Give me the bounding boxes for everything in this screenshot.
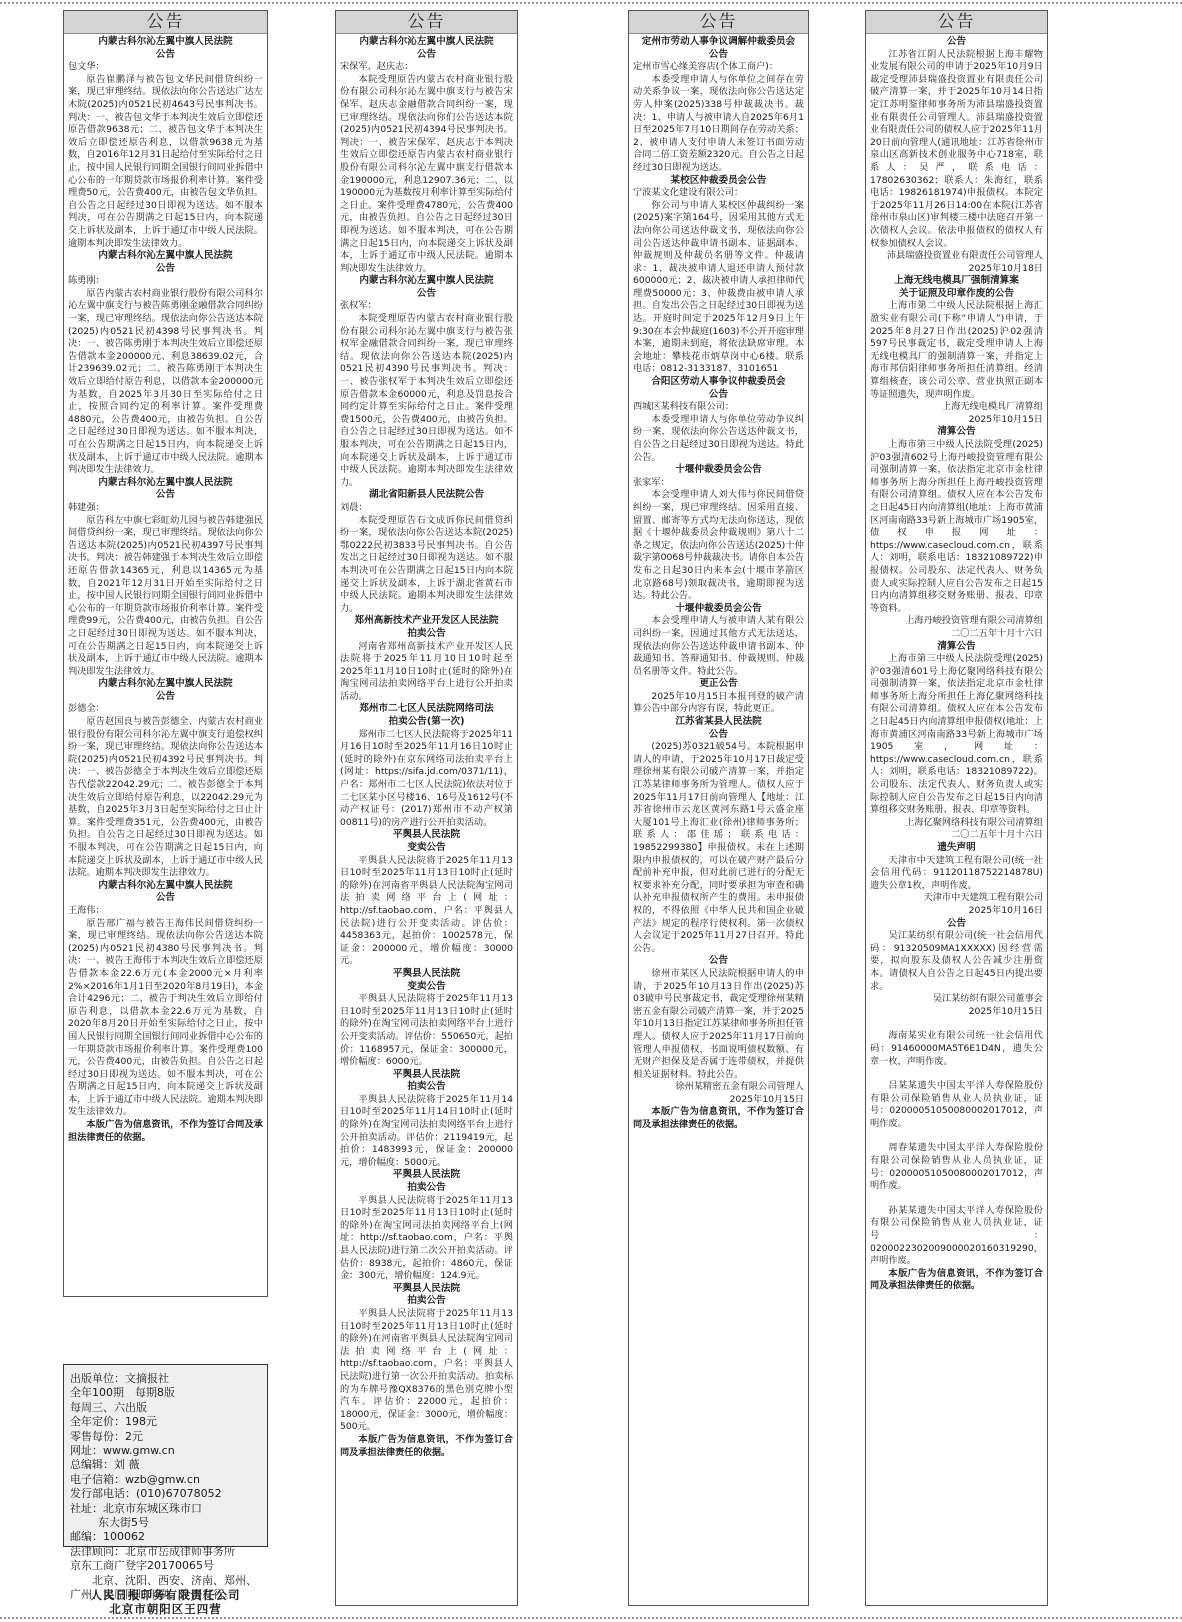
notice-body: 上海市第二中级人民法院根据上海汇盈实业有限公司(下称“申请人”)申请，于2025… xyxy=(870,300,1043,401)
notice-body: 本院受理原告石文成诉你民间借贷纠纷一案，现依法向你公告送达本院(2025)鄂02… xyxy=(340,515,513,616)
notice-body: 原告邢广福与被告王海伟民间借贷纠纷一案，现已审理终结。现依法向你公告送达本院(2… xyxy=(68,918,263,1120)
column-header: 公告 xyxy=(64,11,267,34)
loss-notice: 周春某遗失中国太平洋人寿保险股份有限公司保险销售从业人员执业证，证号：02000… xyxy=(870,1142,1043,1192)
notice-subtitle: 清算公告 xyxy=(870,641,1043,654)
notice-salutation: 包文华： xyxy=(68,61,263,74)
notice-title: 内蒙古科尔沁左翼中旗人民法院 xyxy=(68,250,263,263)
notice-body: 天津市中天建筑工程有限公司(统一社会信用代码：91120118752214878… xyxy=(870,855,1043,893)
notice-block: 平舆县人民法院 拍卖公告 平舆县人民法院将于2025年11月14日10时至202… xyxy=(340,1069,513,1170)
signature-date: 二〇二五年十月十六日 xyxy=(870,628,1043,641)
masthead-info-box: 出版单位：文摘报社 全年100期 每期8版 每周三、六出版 全年定价：198元 … xyxy=(63,1364,268,1547)
notice-body: 吴江某纺织有限公司(统一社会信用代码：91320509MA1XXXXX)因经营需… xyxy=(870,930,1043,993)
notice-block: 湖北省阳新县人民法院公告 刘晨： 本院受理原告石文成诉你民间借贷纠纷一案，现依法… xyxy=(340,489,513,615)
column-header: 公告 xyxy=(629,11,808,34)
printer-name: 人民日报印务有限责任公司 xyxy=(63,1588,268,1602)
notice-column-3: 公告 定州市劳动人事争议调解仲裁委员会 公告 定州市雪心缘美容店(个体工商户)：… xyxy=(628,10,809,1606)
disclaimer: 本版广告为信息资讯，不作为签订合同及承担法律责任的依据。 xyxy=(870,1268,1043,1293)
signature: 徐州某精密五金有限公司管理人 xyxy=(633,1081,804,1094)
notice-body: 原告内蒙古农村商业银行股份有限公司科尔沁左翼中旗支行与被告陈勇刚金融借款合同纠纷… xyxy=(68,288,263,477)
notice-block: 平舆县人民法院 变卖公告 平舆县人民法院将于2025年11月13日10时至202… xyxy=(340,968,513,1069)
notice-body: 江苏省江阴人民法院根据上海丰耀物业发展有限公司的申请于2025年10月9日裁定受… xyxy=(870,49,1043,251)
notice-title: 内蒙古科尔沁左翼中旗人民法院 xyxy=(340,275,513,288)
notice-title: 定州市劳动人事争议调解仲裁委员会 xyxy=(633,36,804,49)
notice-salutation: 张家军： xyxy=(633,477,804,490)
spacer xyxy=(870,1068,1043,1080)
signature-date: 2025年10月18日 xyxy=(870,263,1043,276)
notice-block: 定州市劳动人事争议调解仲裁委员会 公告 定州市雪心缘美容店(个体工商户)： 本委… xyxy=(633,36,804,175)
notice-subtitle: 公告 xyxy=(633,389,804,402)
loss-notice: 孙某某遗失中国太平洋人寿保险股份有限公司保险销售从业人员执业证，证号：02000… xyxy=(870,1205,1043,1268)
loss-notice: 海南某实业有限公司统一社会信用代码：91460000MA5T6E1D4N，遗失公… xyxy=(870,1030,1043,1068)
notice-block: 内蒙古科尔沁左翼中旗人民法院 公告 韩建强： 原告科左中旗七彩虹幼儿园与被告韩建… xyxy=(68,477,263,679)
column-header: 公告 xyxy=(866,11,1047,34)
notice-title: 郑州高新技术产业开发区人民法院 xyxy=(340,615,513,628)
notice-title: 十堰仲裁委员会公告 xyxy=(633,603,804,616)
retail-price: 零售每份：2元 xyxy=(70,1430,261,1444)
notice-subtitle: 拍卖公告(第一次) xyxy=(340,716,513,729)
notice-block: 平舆县人民法院 变卖公告 平舆县人民法院将于2025年11月13日10时至202… xyxy=(340,829,513,968)
notice-subtitle: 公告 xyxy=(68,691,263,704)
notice-block: 公告 徐州市某区人民法院根据申请人的申请，于2025年10月13日作出(2025… xyxy=(633,955,804,1081)
notice-subtitle: 拍卖公告 xyxy=(340,1081,513,1094)
notice-title: 平舆县人民法院 xyxy=(340,1069,513,1082)
notice-block: 清算公告 上海市第三中级人民法院受理(2025)沪03强清602号上海丹峻投资管… xyxy=(870,426,1043,640)
signature-date: 2025年10月16日 xyxy=(870,905,1043,918)
bottom-dotted-rule xyxy=(0,1617,1182,1619)
loss-notice: 吕某某遗失中国太平洋人寿保险股份有限公司保险销售从业人员执业证，证号：02000… xyxy=(870,1080,1043,1130)
notice-title: 某校区仲裁委员会公告 xyxy=(633,175,804,188)
notice-block: 内蒙古科尔沁左翼中旗人民法院 公告 包文华： 原告崔鹏泽与被告包文华民间借贷纠纷… xyxy=(68,36,263,250)
issues-per-year: 全年100期 每期8版 xyxy=(70,1386,261,1400)
notice-title: 平舆县人民法院 xyxy=(340,829,513,842)
notice-block: 内蒙古科尔沁左翼中旗人民法院 公告 张权军： 本院受理原告内蒙古农村商业银行股份… xyxy=(340,275,513,489)
signature: 天津市中天建筑工程有限公司 xyxy=(870,892,1043,905)
column-body: 定州市劳动人事争议调解仲裁委员会 公告 定州市雪心缘美容店(个体工商户)： 本委… xyxy=(629,34,808,1134)
notice-salutation: 宋保军、赵庆志： xyxy=(340,61,513,74)
address-line-2: 东大街5号 xyxy=(70,1516,261,1530)
notice-block: 郑州市二七区人民法院网络司法 拍卖公告(第一次) 郑州市二七区人民法院将于202… xyxy=(340,703,513,829)
notice-title: 内蒙古科尔沁左翼中旗人民法院 xyxy=(68,678,263,691)
notice-subtitle: 公告 xyxy=(633,729,804,742)
notice-body: 本委受理申请人与你单位劳动争议纠纷一案，现依法向你公告送达仲裁文书，自公告之日起… xyxy=(633,414,804,464)
notice-subtitle: 公告 xyxy=(68,489,263,502)
notice-block: 十堰仲裁委员会公告 张家军： 本会受理申请人刘大伟与你民间借贷纠纷一案，现已审理… xyxy=(633,464,804,603)
notice-block: 上海无线电模具厂强制清算案 关于证照及印章作废的公告 上海市第二中级人民法院根据… xyxy=(870,275,1043,426)
notice-title: 遗失声明 xyxy=(870,842,1043,855)
top-dotted-rule xyxy=(0,2,1182,4)
disclaimer: 本版广告为信息资讯，不作为签订合同及承担法律责任的依据。 xyxy=(633,1106,804,1131)
annual-price: 全年定价：198元 xyxy=(70,1415,261,1429)
notice-subtitle: 公告 xyxy=(68,263,263,276)
address-line-1: 社址：北京市东城区珠市口 xyxy=(70,1502,261,1516)
signature: 吴江某纺织有限公司董事会 xyxy=(870,993,1043,1006)
notice-block: 内蒙古科尔沁左翼中旗人民法院 公告 彭德全： 原告赵国良与被告彭德全、内蒙古农村… xyxy=(68,678,263,880)
notice-title: 江苏省某县人民法院 xyxy=(633,716,804,729)
notice-subtitle: 公告 xyxy=(633,49,804,62)
signature: 上海无线电模具厂清算组 xyxy=(870,401,1043,414)
column-header: 公告 xyxy=(336,11,517,34)
notice-body: 河南省郑州高新技术产业开发区人民法院将于2025年11月10日10时起至2025… xyxy=(340,641,513,704)
notice-block: 某校区仲裁委员会公告 宁波某文化建设有限公司： 你公司与申请人某校区仲裁纠纷一案… xyxy=(633,175,804,377)
notice-body: 你公司与申请人某校区仲裁纠纷一案(2025)案字第164号，因采用其他方式无法向… xyxy=(633,200,804,376)
disclaimer: 本版广告为信息资讯，不作为签订合同及承担法律责任的依据。 xyxy=(340,1434,513,1459)
signature-date: 2025年10月15日 xyxy=(633,1094,804,1107)
notice-salutation: 王海伟： xyxy=(68,905,263,918)
notice-title: 湖北省阳新县人民法院公告 xyxy=(340,489,513,502)
signature: 沛县瑞盛投资置业有限责任公司管理人 xyxy=(870,250,1043,263)
notice-salutation: 韩建强： xyxy=(68,502,263,515)
column-body: 内蒙古科尔沁左翼中旗人民法院 公告 包文华： 原告崔鹏泽与被告包文华民间借贷纠纷… xyxy=(64,34,267,1146)
signature-date: 2025年10月15日 xyxy=(870,1006,1043,1019)
signature-date: 二〇二五年十月十六日 xyxy=(870,829,1043,842)
notice-body: 本院受理原告内蒙古农村商业银行股份有限公司科尔沁左翼中旗支行与被告宋保军、赵庆志… xyxy=(340,74,513,276)
notice-title: 平舆县人民法院 xyxy=(340,968,513,981)
notice-body: 本院受理原告内蒙古农村商业银行股份有限公司科尔沁左翼中旗支行与被告张权军金融借款… xyxy=(340,313,513,489)
notice-title: 内蒙古科尔沁左翼中旗人民法院 xyxy=(68,477,263,490)
notice-column-4: 公告 公告 江苏省江阴人民法院根据上海丰耀物业发展有限公司的申请于2025年10… xyxy=(865,10,1048,1606)
ad-license: 京东工商广登字20170065号 xyxy=(70,1559,261,1573)
notice-block: 公告 江苏省江阴人民法院根据上海丰耀物业发展有限公司的申请于2025年10月9日… xyxy=(870,36,1043,275)
notice-block: 公告 吴江某纺织有限公司(统一社会信用代码：91320509MA1XXXXX)因… xyxy=(870,918,1043,1019)
publisher: 出版单位：文摘报社 xyxy=(70,1372,261,1386)
notice-block: 平舆县人民法院 拍卖公告 平舆县人民法院将于2025年11月13日10时至202… xyxy=(340,1169,513,1282)
notice-title: 合阳区劳动人事争议仲裁委员会 xyxy=(633,376,804,389)
notice-block: 江苏省某县人民法院 公告 (2025)苏0321破54号。本院根据申请人的申请，… xyxy=(633,716,804,955)
legal-counsel: 法律顾问：北京市岳成律师事务所 xyxy=(70,1545,261,1559)
signature: 上海丹峻投资管理有限公司清算组 xyxy=(870,615,1043,628)
notice-body: 平舆县人民法院将于2025年11月14日10时至2025年11月14日10时止(… xyxy=(340,1094,513,1170)
email: 电子信箱：wzb@gmw.cn xyxy=(70,1473,261,1487)
notice-title: 内蒙古科尔沁左翼中旗人民法院 xyxy=(340,36,513,49)
notice-salutation: 定州市雪心缘美容店(个体工商户)： xyxy=(633,61,804,74)
notice-subtitle: 变卖公告 xyxy=(340,842,513,855)
notice-column-1: 公告 内蒙古科尔沁左翼中旗人民法院 公告 包文华： 原告崔鹏泽与被告包文华民间借… xyxy=(63,10,268,1297)
notice-title: 十堰仲裁委员会公告 xyxy=(633,464,804,477)
notice-salutation: 宁波某文化建设有限公司： xyxy=(633,187,804,200)
notice-subtitle: 公告 xyxy=(870,36,1043,49)
printer-info: 人民日报印务有限责任公司 北京市朝阳区王四营 xyxy=(63,1588,268,1616)
spacer xyxy=(870,1193,1043,1205)
notice-body: (2025)苏0321破54号。本院根据申请人的申请，于2025年10月17日裁… xyxy=(633,741,804,955)
notice-block: 内蒙古科尔沁左翼中旗人民法院 公告 王海伟： 原告邢广福与被告王海伟民间借贷纠纷… xyxy=(68,880,263,1119)
notice-title: 公告 xyxy=(633,955,804,968)
notice-title: 上海无线电模具厂强制清算案 xyxy=(870,275,1043,288)
notice-title: 内蒙古科尔沁左翼中旗人民法院 xyxy=(68,36,263,49)
notice-title: 更正公告 xyxy=(633,678,804,691)
notice-salutation: 彭德全： xyxy=(68,703,263,716)
signature-date: 2025年10月15日 xyxy=(870,414,1043,427)
spacer xyxy=(870,1130,1043,1142)
notice-body: 平舆县人民法院将于2025年11月13日10时至2025年11月13日10时止(… xyxy=(340,855,513,968)
notice-body: 郑州市二七区人民法院将于2025年11月16日10时至2025年11月16日10… xyxy=(340,729,513,830)
notice-salutation: 西城区某科技有限公司： xyxy=(633,401,804,414)
publication-schedule: 每周三、六出版 xyxy=(70,1401,261,1415)
notice-body: 本委受理申请人与你单位之间存在劳动关系争议一案，现依法向你公告送达定劳人仲案(2… xyxy=(633,74,804,175)
notice-subtitle: 关于证照及印章作废的公告 xyxy=(870,288,1043,301)
notice-subtitle: 变卖公告 xyxy=(340,981,513,994)
notice-block: 郑州高新技术产业开发区人民法院 拍卖公告 河南省郑州高新技术产业开发区人民法院将… xyxy=(340,615,513,703)
notice-body: 平舆县人民法院将于2025年11月13日10时至2025年11月13日10时止(… xyxy=(340,993,513,1069)
notice-salutation: 陈勇刚： xyxy=(68,275,263,288)
notice-body: 上海市第三中级人民法院受理(2025)沪03强清602号上海丹峻投资管理有限公司… xyxy=(870,439,1043,615)
notice-body: 本会受理申请人刘大伟与你民间借贷纠纷一案，现已审理终结。因采用直接、留置、邮寄等… xyxy=(633,489,804,602)
notice-block: 遗失声明 天津市中天建筑工程有限公司(统一社会信用代码：911201187522… xyxy=(870,842,1043,918)
notice-body: 徐州市某区人民法院根据申请人的申请，于2025年10月13日作出(2025)苏0… xyxy=(633,968,804,1081)
notice-block: 内蒙古科尔沁左翼中旗人民法院 公告 陈勇刚： 原告内蒙古农村商业银行股份有限公司… xyxy=(68,250,263,477)
notice-block: 更正公告 2025年10月15日本报刊登的破产清算公告中部分内容有误，特此更正。 xyxy=(633,678,804,716)
spacer xyxy=(870,1018,1043,1030)
notice-subtitle: 清算公告 xyxy=(870,426,1043,439)
notice-subtitle: 拍卖公告 xyxy=(340,628,513,641)
notice-salutation: 张权军： xyxy=(340,300,513,313)
notice-block: 内蒙古科尔沁左翼中旗人民法院 公告 宋保军、赵庆志： 本院受理原告内蒙古农村商业… xyxy=(340,36,513,275)
notice-column-2: 公告 内蒙古科尔沁左翼中旗人民法院 公告 宋保军、赵庆志： 本院受理原告内蒙古农… xyxy=(335,10,518,1606)
notice-subtitle: 拍卖公告 xyxy=(340,1295,513,1308)
printer-address: 北京市朝阳区王四营 xyxy=(63,1602,268,1616)
website: 网址：www.gmw.cn xyxy=(70,1444,261,1458)
notice-block: 十堰仲裁委员会公告 本会受理申请人与被申请人某有限公司纠纷一案，因通过其他方式无… xyxy=(633,603,804,679)
notice-subtitle: 公告 xyxy=(68,892,263,905)
notice-title: 平舆县人民法院 xyxy=(340,1169,513,1182)
notice-body: 平舆县人民法院将于2025年11月13日10时至2025年11月13日10时止(… xyxy=(340,1195,513,1283)
notice-body: 2025年10月15日本报刊登的破产清算公告中部分内容有误，特此更正。 xyxy=(633,691,804,716)
notice-subtitle: 公告 xyxy=(870,918,1043,931)
signature: 上海亿聚网络科技有限公司清算组 xyxy=(870,817,1043,830)
notice-block: 合阳区劳动人事争议仲裁委员会 公告 西城区某科技有限公司： 本委受理申请人与你单… xyxy=(633,376,804,464)
notice-body: 原告科左中旗七彩虹幼儿园与被告韩建强民间借贷纠纷一案，现已审理终结。现依法向你公… xyxy=(68,515,263,679)
notice-body: 平舆县人民法院将于2025年11月13日10时至2025年11月13日10时止(… xyxy=(340,1308,513,1434)
notice-block: 平舆县人民法院 拍卖公告 平舆县人民法院将于2025年11月13日10时至202… xyxy=(340,1283,513,1434)
disclaimer: 本版广告为信息资讯，不作为签订合同及承担法律责任的依据。 xyxy=(68,1119,263,1144)
notice-salutation: 刘晨： xyxy=(340,502,513,515)
notice-subtitle: 公告 xyxy=(340,49,513,62)
editor-in-chief: 总编辑：刘 薇 xyxy=(70,1458,261,1472)
notice-body: 本会受理申请人与被申请人某有限公司纠纷一案，因通过其他方式无法送达，现依法向你公… xyxy=(633,615,804,678)
notice-title: 平舆县人民法院 xyxy=(340,1283,513,1296)
notice-body: 上海市第三中级人民法院受理(2025)沪03强清601号上海亿聚网络科技有限公司… xyxy=(870,653,1043,817)
phone: 发行部电话：(010)67078052 xyxy=(70,1487,261,1501)
notice-title: 内蒙古科尔沁左翼中旗人民法院 xyxy=(68,880,263,893)
notice-subtitle: 公告 xyxy=(68,49,263,62)
notice-body: 原告崔鹏泽与被告包文华民间借贷纠纷一案，现已审理终结。现依法向你公告送达广达左木… xyxy=(68,74,263,250)
notice-subtitle: 拍卖公告 xyxy=(340,1182,513,1195)
notice-title: 郑州市二七区人民法院网络司法 xyxy=(340,703,513,716)
notice-subtitle: 公告 xyxy=(340,288,513,301)
notice-body: 原告赵国良与被告彭德全、内蒙古农村商业银行股份有限公司科尔沁左翼中旗支行追偿权纠… xyxy=(68,716,263,880)
notice-block: 清算公告 上海市第三中级人民法院受理(2025)沪03强清601号上海亿聚网络科… xyxy=(870,641,1043,843)
column-body: 公告 江苏省江阴人民法院根据上海丰耀物业发展有限公司的申请于2025年10月9日… xyxy=(866,34,1047,1295)
column-body: 内蒙古科尔沁左翼中旗人民法院 公告 宋保军、赵庆志： 本院受理原告内蒙古农村商业… xyxy=(336,34,517,1461)
postcode: 邮编：100062 xyxy=(70,1530,261,1544)
